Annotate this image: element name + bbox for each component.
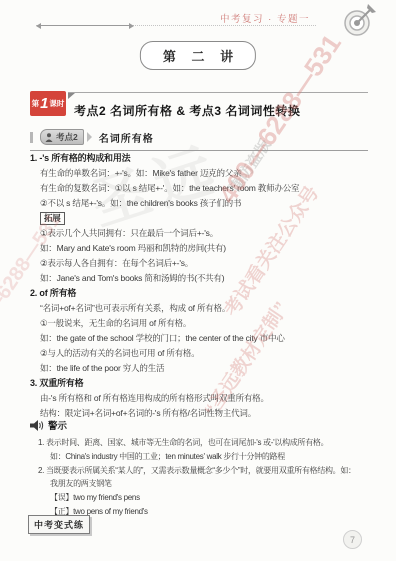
warning-line: 【误】two my friend's pens	[30, 491, 374, 505]
person-icon	[45, 133, 53, 142]
header-label: 中考复习 · 专题一	[220, 11, 310, 25]
content-line: 如：Mary and Kate's room 玛丽和凯特的房间(共有)	[30, 241, 372, 256]
content-line: ①表示几个人共同拥有：只在最后一个词后+-'s。	[30, 226, 372, 241]
section-rule	[68, 92, 368, 93]
topic-left-bar	[30, 132, 33, 143]
content-line: 由-'s 所有格和 of 所有格连用构成的所有格形式叫双重所有格。	[30, 391, 372, 406]
topic-tag-label: 考点2	[56, 131, 78, 143]
content-heading: 2. of 所有格	[30, 286, 372, 301]
content-line: 如：the gate of the school 学校的门口；the cente…	[30, 331, 372, 346]
content-heading: 3. 双重所有格	[30, 376, 372, 391]
content-line: ②表示每人各自拥有：在每个名词后+-'s。	[30, 256, 372, 271]
content-heading: 1. -'s 所有格的构成和用法	[30, 151, 372, 166]
practice-section-badge: 中考变式练	[28, 515, 90, 534]
warning-header: 警示	[30, 418, 374, 432]
content-line: “名词+of+名词”也可表示所有关系，构成 of 所有格。	[30, 301, 372, 316]
expand-label: 拓展	[40, 212, 65, 225]
content-line: ②不以 s 结尾+-'s。如：the children's books 孩子们的…	[30, 196, 372, 211]
lesson-badge-suffix: 课时	[49, 98, 64, 109]
content-line: 如：the life of the poor 穷人的生活	[30, 361, 372, 376]
warning-line: 1. 表示时间、距离、国家、城市等无生命的名词，也可在词尾加-'s 或-'以构成…	[30, 436, 374, 450]
warning-line: 2. 当既要表示所属关系“某人的”，又需表示数量概念“多少个”时，就要用双重所有…	[30, 464, 374, 478]
expand-box-row: 拓展	[30, 211, 372, 226]
content-line: ②与人的活动有关的名词也可用 of 所有格。	[30, 346, 372, 361]
warning-label: 警示	[48, 418, 67, 432]
section-title: 考点2 名词所有格 & 考点3 名词词性转换	[74, 102, 300, 119]
warning-line: 如：China's industry 中国的工业；ten minutes' wa…	[30, 450, 374, 464]
lesson-badge-prefix: 第	[32, 98, 40, 109]
warning-line: 我朋友的两支钢笔	[30, 477, 374, 491]
lesson-badge: 第 1 课时	[30, 91, 66, 116]
topic-title: 名词所有格	[99, 130, 154, 145]
chevron-right-icon	[87, 132, 92, 142]
topic-tag: 考点2	[40, 129, 84, 145]
content-line: ①一般说来，无生命的名词用 of 所有格。	[30, 316, 372, 331]
lecture-title: 第 二 讲	[140, 41, 256, 70]
topic-header-row: 考点2 名词所有格	[30, 129, 368, 151]
speaker-icon	[30, 420, 44, 431]
header-arrow-line	[40, 25, 130, 26]
content-line: 如：Jane's and Tom's books 简和汤姆的书(不共有)	[30, 271, 372, 286]
target-dart-icon	[338, 2, 378, 43]
content-line: 有生命的单数名词：+-'s。如：Mike's father 迈克的父亲	[30, 166, 372, 181]
page-number: 7	[343, 530, 362, 549]
textbook-page: 中考复习 · 专题一 第 二 讲 第 1 课时 考点2 名词所有格 & 考点3 …	[0, 0, 396, 561]
content-block: 1. -'s 所有格的构成和用法 有生命的单数名词：+-'s。如：Mike's …	[30, 151, 372, 421]
warning-block: 警示 1. 表示时间、距离、国家、城市等无生命的名词，也可在词尾加-'s 或-'…	[30, 418, 374, 519]
lesson-badge-number: 1	[40, 96, 48, 111]
content-line: 有生命的复数名词：①以 s 结尾+-'。如：the teachers' room…	[30, 181, 372, 196]
